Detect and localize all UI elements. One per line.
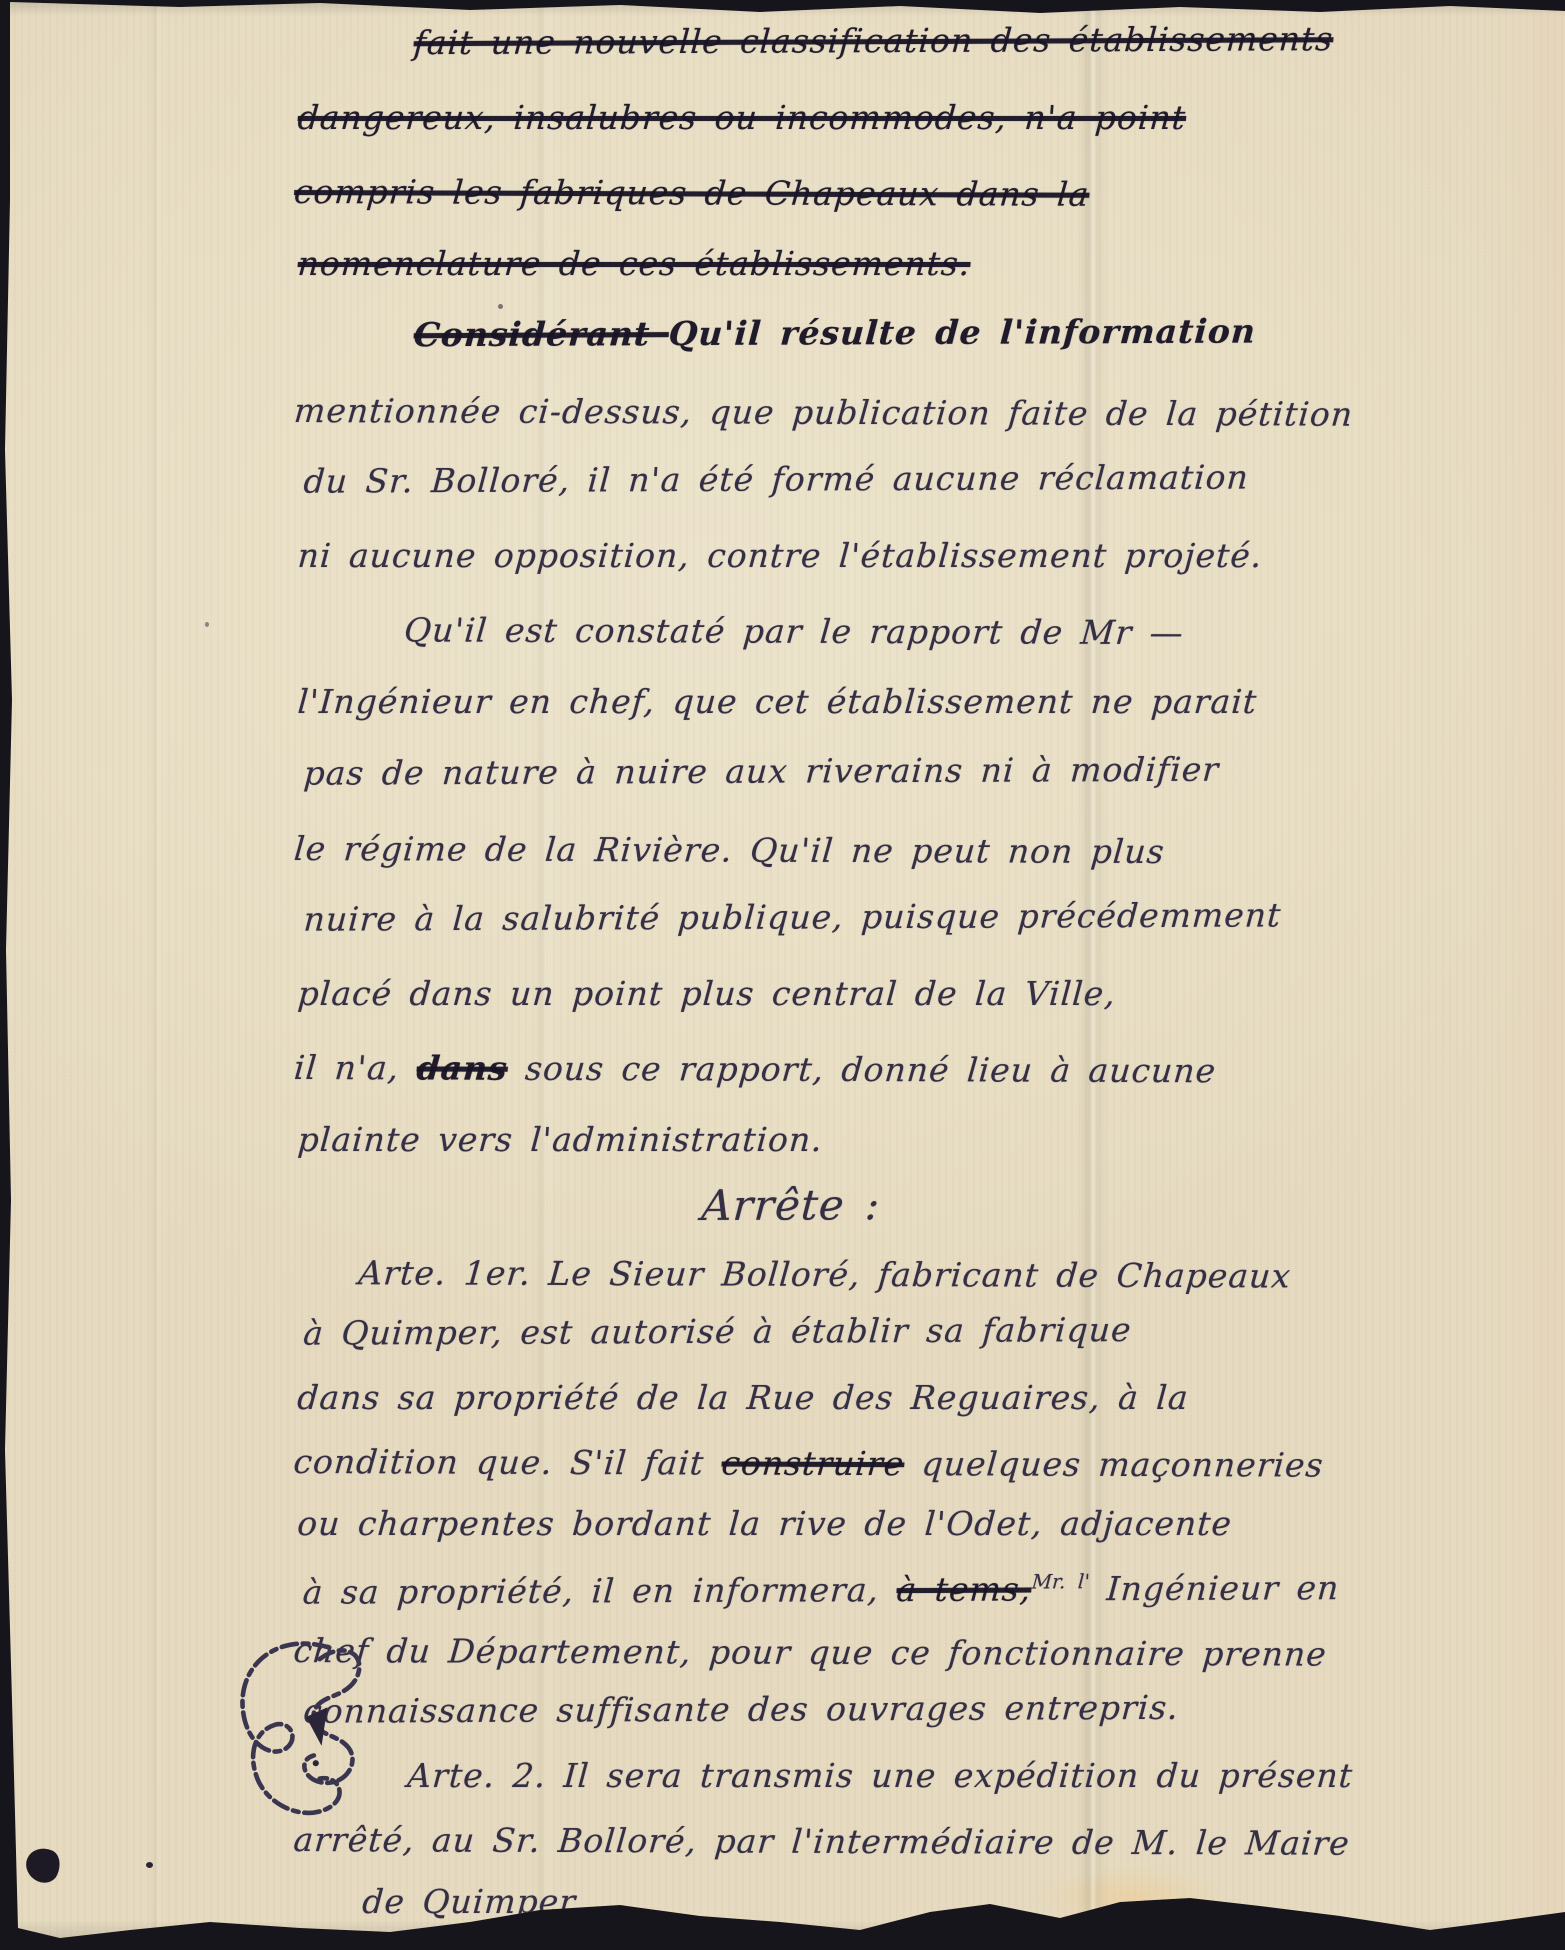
text-segment: pas de nature à nuire aux riverains ni à…: [302, 750, 1220, 793]
manuscript-line: du Sr. Bolloré, il n'a été formé aucune …: [6, 443, 1565, 523]
text-segment: Qu'il est constaté par le rapport de Mr …: [403, 610, 1186, 652]
text-segment: à Quimper, est autorisé à établir sa fab…: [302, 1310, 1133, 1353]
manuscript-line: il n'a, dans sous ce rapport, donné lieu…: [0, 1034, 1565, 1112]
manuscript-line: plainte vers l'administration.: [0, 1107, 1565, 1180]
struck-text: à tems,: [895, 1570, 1032, 1610]
manuscript-line: compris les fabriques de Chapeaux dans l…: [0, 158, 1565, 236]
text-segment: Mr. l': [1031, 1570, 1090, 1593]
text-segment: connaissance suffisante des ouvrages ent…: [302, 1688, 1180, 1731]
struck-text: dans: [415, 1048, 509, 1087]
text-segment: ou charpentes bordant la rive de l'Odet,…: [296, 1504, 1233, 1543]
text-segment: plainte vers l'administration.: [296, 1120, 824, 1159]
manuscript-line: l'Ingénieur en chef, que cet établisseme…: [0, 669, 1565, 742]
struck-text: compris les fabriques de Chapeaux dans l…: [293, 172, 1091, 214]
text-segment: quelques maçonneries: [903, 1444, 1326, 1484]
manuscript-line: fait une nouvelle classification des éta…: [6, 5, 1565, 85]
manuscript-line: pas de nature à nuire aux riverains ni à…: [6, 735, 1565, 815]
manuscript-line: à sa propriété, il en informera, à tems,…: [6, 1551, 1565, 1621]
text-segment: de Quimper .: [361, 1882, 606, 1921]
text-segment: arrêté, au Sr. Bolloré, par l'intermédia…: [292, 1820, 1351, 1863]
struck-text: Considérant: [412, 314, 670, 354]
ink-speck: [498, 304, 503, 309]
text-segment: à sa propriété, il en informera,: [302, 1570, 898, 1612]
manuscript-line: Qu'il est constaté par le rapport de Mr …: [0, 596, 1565, 674]
manuscript-line: nomenclature de ces établissements.: [0, 231, 1565, 304]
manuscript-line: placé dans un point plus central de la V…: [0, 961, 1565, 1034]
manuscript-line: nuire à la salubrité publique, puisque p…: [6, 881, 1565, 961]
text-segment: Arrête :: [700, 1180, 882, 1230]
text-segment: Arte. 2. Il sera transmis une expédition…: [406, 1756, 1354, 1795]
manuscript-line: dans sa propriété de la Rue des Reguaire…: [0, 1369, 1565, 1432]
manuscript-line: Arrête :: [6, 1173, 1565, 1243]
manuscript-line: ou charpentes bordant la rive de l'Odet,…: [0, 1495, 1565, 1558]
manuscript-line: condition que. S'il fait construire quel…: [0, 1432, 1565, 1500]
text-segment: chef du Département, pour que ce fonctio…: [292, 1631, 1328, 1674]
text-segment: dans sa propriété de la Rue des Reguaire…: [296, 1378, 1190, 1417]
text-segment: mentionnée ci-dessus, que publication fa…: [293, 391, 1355, 434]
text-segment: il n'a,: [293, 1048, 419, 1087]
text-segment: ni aucune opposition, contre l'établisse…: [296, 536, 1263, 575]
ink-blot: [146, 1862, 153, 1868]
manuscript-line: Considérant Qu'il résulte de l'informati…: [6, 297, 1565, 377]
text-segment: condition que. S'il fait: [292, 1442, 723, 1482]
text-segment: Arte. 1er. Le Sieur Bolloré, fabricant d…: [357, 1253, 1293, 1295]
text-segment: l'Ingénieur en chef, que cet établisseme…: [296, 682, 1258, 721]
text-segment: du Sr. Bolloré, il n'a été formé aucune …: [302, 458, 1250, 501]
struck-text: construire: [720, 1444, 906, 1484]
ink-heavy-spot: [306, 1707, 327, 1746]
struck-text: fait une nouvelle classification des éta…: [412, 19, 1334, 62]
text-segment: placé dans un point plus central de la V…: [296, 974, 1117, 1013]
struck-text: nomenclature de ces établissements.: [296, 244, 971, 283]
manuscript-line: ni aucune opposition, contre l'établisse…: [0, 523, 1565, 596]
manuscript-page: fait une nouvelle classification des éta…: [0, 0, 1565, 1950]
text-segment: Ingénieur en: [1088, 1568, 1341, 1608]
struck-text: dangereux, insalubres ou incommodes, n'a…: [296, 98, 1187, 137]
ink-speck: [205, 622, 209, 627]
paraphe-flourish: [212, 1636, 408, 1848]
text-segment: sous ce rapport, donné lieu à aucune: [506, 1049, 1218, 1090]
manuscript-line: de Quimper .: [0, 1873, 1565, 1936]
text-segment: le régime de la Rivière. Qu'il ne peut n…: [293, 829, 1167, 871]
text-segment: nuire à la salubrité publique, puisque p…: [302, 895, 1282, 938]
scanned-document: fait une nouvelle classification des éta…: [0, 0, 1565, 1950]
manuscript-line: dangereux, insalubres ou incommodes, n'a…: [0, 85, 1565, 158]
text-segment: Qu'il résulte de l'information: [668, 312, 1258, 354]
manuscript-line: à Quimper, est autorisé à établir sa fab…: [6, 1299, 1565, 1369]
